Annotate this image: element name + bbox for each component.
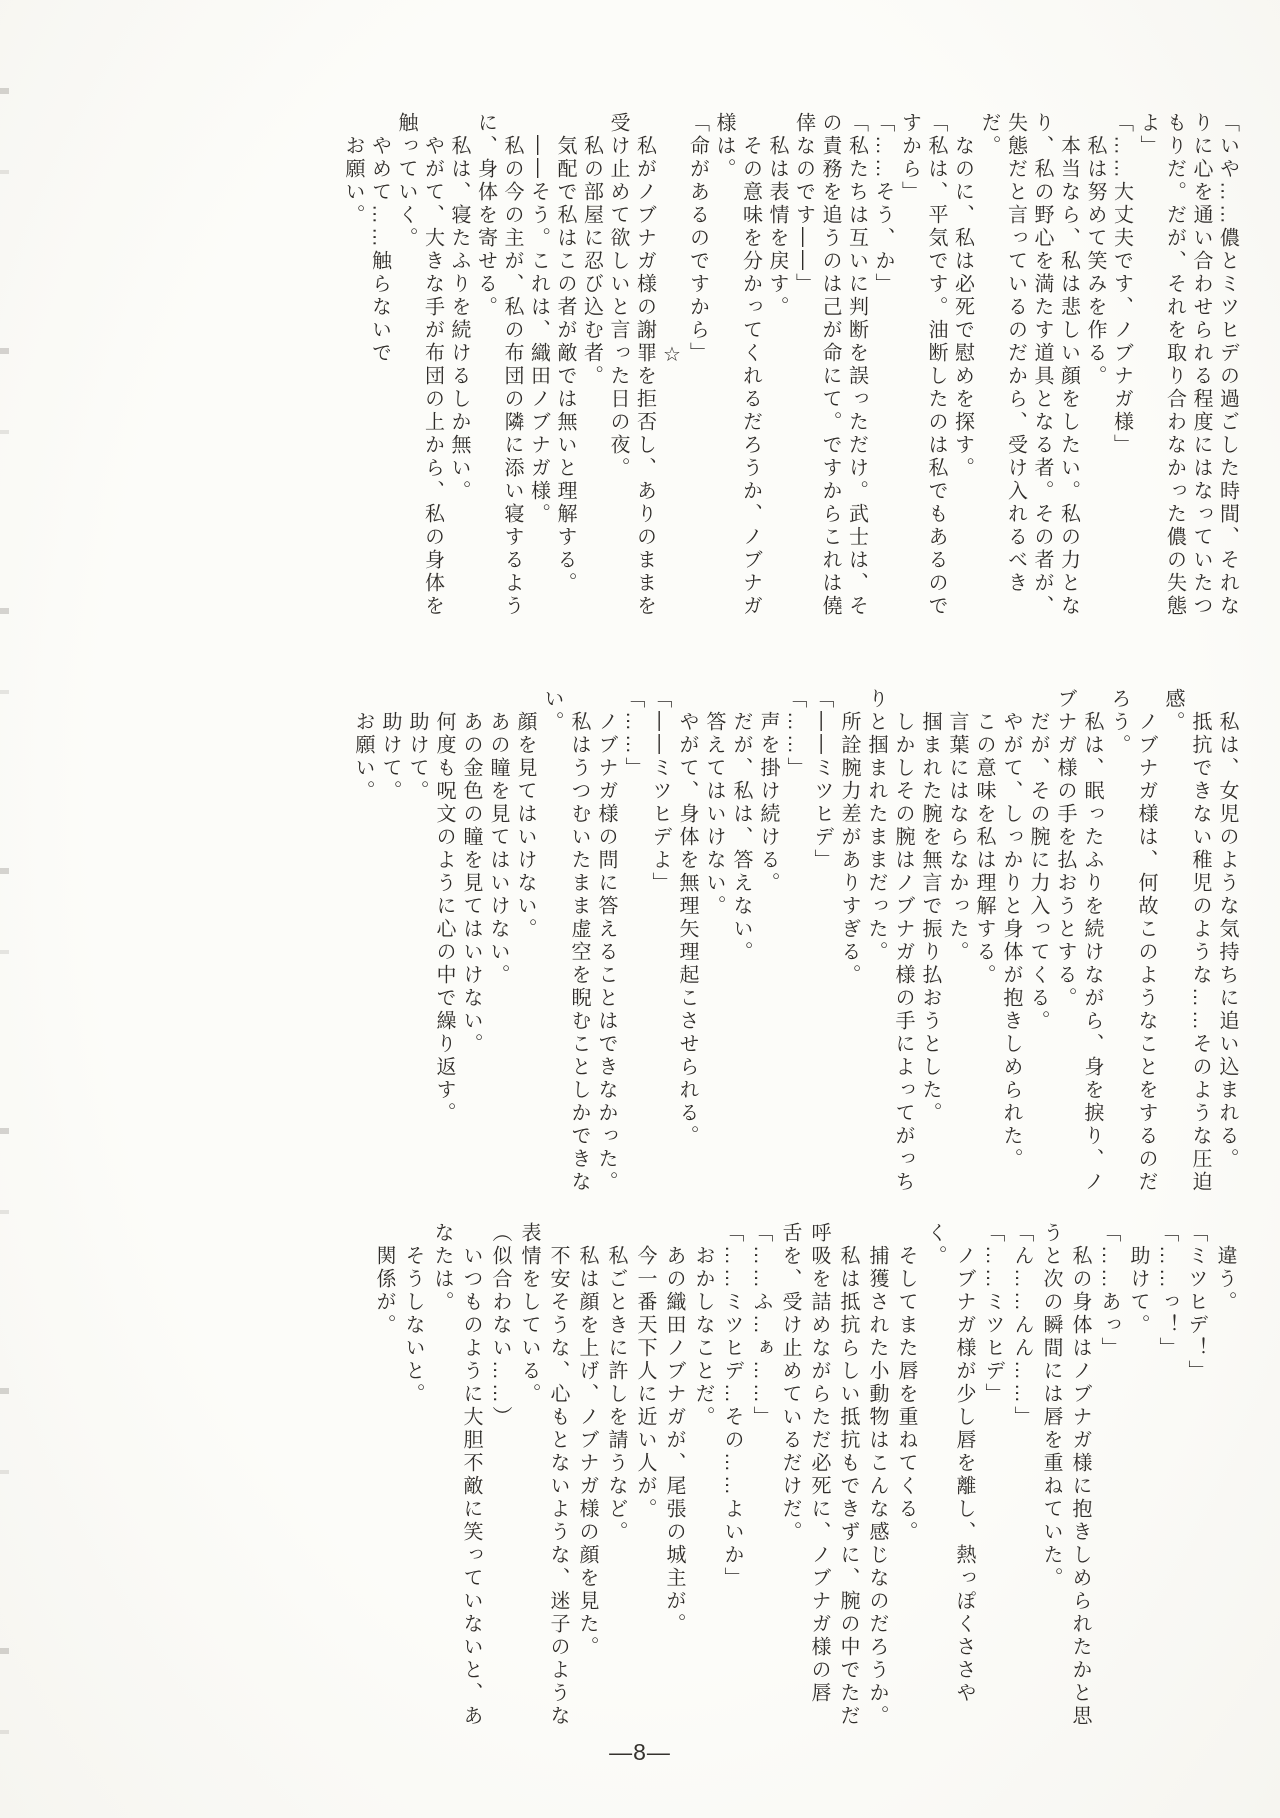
text-column: なのに、私は必死で慰めを探す。 [953, 112, 973, 652]
text-column: 捕獲された小動物はこんな感じなのだろうか。 [867, 1222, 887, 1762]
text-column: だが、その腕に力入ってくる。 [1028, 688, 1048, 1228]
text-column: 「私たちは互いに判断を誤っただけ。武士は、そ [847, 112, 867, 652]
text-column: 「……ミツヒデ…その……よいか」 [722, 1222, 742, 1762]
text-block-2: 私は、女児のような気持ちに追い込まれる。 抵抗できない稚児のような……そのような… [346, 688, 1244, 1228]
text-column: ☆ [661, 112, 681, 652]
text-column: だ。 [979, 112, 999, 652]
text-column: 私は、寝たふりを続けるしか無い。 [449, 112, 469, 652]
text-column: り、私の野心を満たす道具となる者。その者が、 [1032, 112, 1052, 652]
text-column: く。 [925, 1222, 945, 1762]
text-column: 関係が。 [374, 1222, 394, 1762]
text-column: りと掴まれたままだった。 [866, 688, 886, 1228]
text-column: 抵抗できない稚児のような……そのような圧迫 [1190, 688, 1210, 1228]
text-column: やがて、しっかりと身体が抱きしめられた。 [1001, 688, 1021, 1228]
text-column: 触っていく。 [396, 112, 416, 652]
text-column: 倖なのです――」 [794, 112, 814, 652]
text-column: 私は努めて笑みを作る。 [1085, 112, 1105, 652]
text-column: 様は。 [714, 112, 734, 652]
text-column: 私の今の主が、私の布団の隣に添い寝するよう [502, 112, 522, 652]
text-column: よ」 [1138, 112, 1158, 652]
text-column: その意味を分かってくれるだろうか、ノブナガ [741, 112, 761, 652]
text-column: 助けて。 [407, 688, 427, 1228]
text-column: 私ごときに許しを請うなど。 [606, 1222, 626, 1762]
text-column: 「……っ！」 [1157, 1222, 1177, 1762]
text-column: うと次の瞬間には唇を重ねていた。 [1041, 1222, 1061, 1762]
text-column: 私は、女児のような気持ちに追い込まれる。 [1217, 688, 1237, 1228]
text-column: 表情をしている。 [519, 1222, 539, 1762]
text-column: ブナガ様の手を払おうとする。 [1055, 688, 1075, 1228]
text-column: 「――ミツヒデよ」 [650, 688, 670, 1228]
text-column: あの織田ノブナガが、尾張の城主が。 [664, 1222, 684, 1762]
text-column: い。 [542, 688, 562, 1228]
text-column: もりだ。だが、それを取り合わなかった儂の失態 [1165, 112, 1185, 652]
text-column: 掴まれた腕を無言で振り払おうとした。 [920, 688, 940, 1228]
scanned-page: 「いや……儂とミツヒデの過ごした時間、それなりに心を通い合わせられる程度にはなっ… [0, 0, 1280, 1818]
text-column: 所詮腕力差がありすぎる。 [839, 688, 859, 1228]
text-column: 「……大丈夫です、ノブナガ様」 [1112, 112, 1132, 652]
text-column: すから」 [900, 112, 920, 652]
text-block-3: 違う。「ミツヒデ！」「……っ！」 助けて。「……あっ」 私の身体はノブナガ様に抱… [365, 1222, 1244, 1762]
text-column: ――そう。これは、織田ノブナガ様。 [529, 112, 549, 652]
text-column: お願い。 [343, 112, 363, 652]
text-column: なたは。 [432, 1222, 452, 1762]
text-column: 「私は、平気です。油断したのは私でもあるので [926, 112, 946, 652]
page-number: ―8― [0, 1739, 1280, 1766]
text-column: 答えてはいけない。 [704, 688, 724, 1228]
text-column: 「……」 [785, 688, 805, 1228]
text-column: 「……そう、か」 [873, 112, 893, 652]
text-column: だが、私は、答えない。 [731, 688, 751, 1228]
text-column: 声を掛け続ける。 [758, 688, 778, 1228]
text-column: あの瞳を見てはいけない。 [488, 688, 508, 1228]
text-column: しかしその腕はノブナガ様の手によってがっち [893, 688, 913, 1228]
text-column: 失態だと言っているのだから、受け入れるべき [1006, 112, 1026, 652]
text-column: 不安そうな、心もとないような、迷子のような [548, 1222, 568, 1762]
text-column: ノブナガ様は、何故このようなことをするのだ [1136, 688, 1156, 1228]
text-column: 呼吸を詰めながらただ必死に、ノブナガ様の唇 [809, 1222, 829, 1762]
text-column: そしてまた唇を重ねてくる。 [896, 1222, 916, 1762]
text-column: やがて、身体を無理矢理起こさせられる。 [677, 688, 697, 1228]
text-column: お願い。 [353, 688, 373, 1228]
text-column: 顔を見てはいけない。 [515, 688, 535, 1228]
text-column: 「……ふ…ぁ……」 [751, 1222, 771, 1762]
text-column: 受け止めて欲しいと言った日の夜。 [608, 112, 628, 652]
text-column: そうしないと。 [403, 1222, 423, 1762]
text-column: 「――ミツヒデ」 [812, 688, 832, 1228]
text-column: 違う。 [1215, 1222, 1235, 1762]
text-column: 「ん……んん……」 [1012, 1222, 1032, 1762]
text-column: 私は表情を戻す。 [767, 112, 787, 652]
text-column: やがて、大きな手が布団の上から、私の身体を [423, 112, 443, 652]
text-column: 「……あっ」 [1099, 1222, 1119, 1762]
text-column: 私の部屋に忍び込む者。 [582, 112, 602, 652]
text-column: 「ミツヒデ！」 [1186, 1222, 1206, 1762]
text-column: ノブナガ様の問に答えることはできなかった。 [596, 688, 616, 1228]
text-column: 感。 [1163, 688, 1183, 1228]
text-column: 私は抵抗らしい抵抗もできずに、腕の中でただ [838, 1222, 858, 1762]
text-column: りに心を通い合わせられる程度にはなっていたつ [1191, 112, 1211, 652]
text-block-1: 「いや……儂とミツヒデの過ごした時間、それなりに心を通い合わせられる程度にはなっ… [337, 112, 1245, 652]
text-column: 「……」 [623, 688, 643, 1228]
text-column: 私は、眠ったふりを続けながら、身を捩り、ノ [1082, 688, 1102, 1228]
text-column: 私の身体はノブナガ様に抱きしめられたかと思 [1070, 1222, 1090, 1762]
text-column: 言葉にはならなかった。 [947, 688, 967, 1228]
text-column: （似合わない……） [490, 1222, 510, 1762]
text-column: いつものように大胆不敵に笑っていないと、あ [461, 1222, 481, 1762]
text-column: 本当なら、私は悲しい顔をしたい。私の力とな [1059, 112, 1079, 652]
text-column: ろう。 [1109, 688, 1129, 1228]
text-column: 助けて。 [380, 688, 400, 1228]
text-column: ノブナガ様が少し唇を離し、熱っぽくささや [954, 1222, 974, 1762]
text-column: おかしなことだ。 [693, 1222, 713, 1762]
text-column: やめて……触らないで [370, 112, 390, 652]
text-column: 何度も呪文のように心の中で繰り返す。 [434, 688, 454, 1228]
text-column: 気配で私はこの者が敵では無いと理解する。 [555, 112, 575, 652]
text-column: 私は顔を上げ、ノブナガ様の顔を見た。 [577, 1222, 597, 1762]
text-column: 「いや……儂とミツヒデの過ごした時間、それな [1218, 112, 1238, 652]
text-column: 私はうつむいたまま虚空を睨むことしかできな [569, 688, 589, 1228]
text-column: 私がノブナガ様の謝罪を拒否し、ありのままを [635, 112, 655, 652]
text-column: 「……ミツヒデ」 [983, 1222, 1003, 1762]
text-column: 「命があるのですから」 [688, 112, 708, 652]
text-column: の責務を追うのは己が命にて。ですからこれは僥 [820, 112, 840, 652]
text-column: あの金色の瞳を見てはいけない。 [461, 688, 481, 1228]
text-column: 今一番天下人に近い人が。 [635, 1222, 655, 1762]
scan-edge-marks [0, 0, 9, 1818]
text-column: 舌を、受け止めているだけだ。 [780, 1222, 800, 1762]
text-column: に、身体を寄せる。 [476, 112, 496, 652]
text-column: 助けて。 [1128, 1222, 1148, 1762]
text-column: この意味を私は理解する。 [974, 688, 994, 1228]
